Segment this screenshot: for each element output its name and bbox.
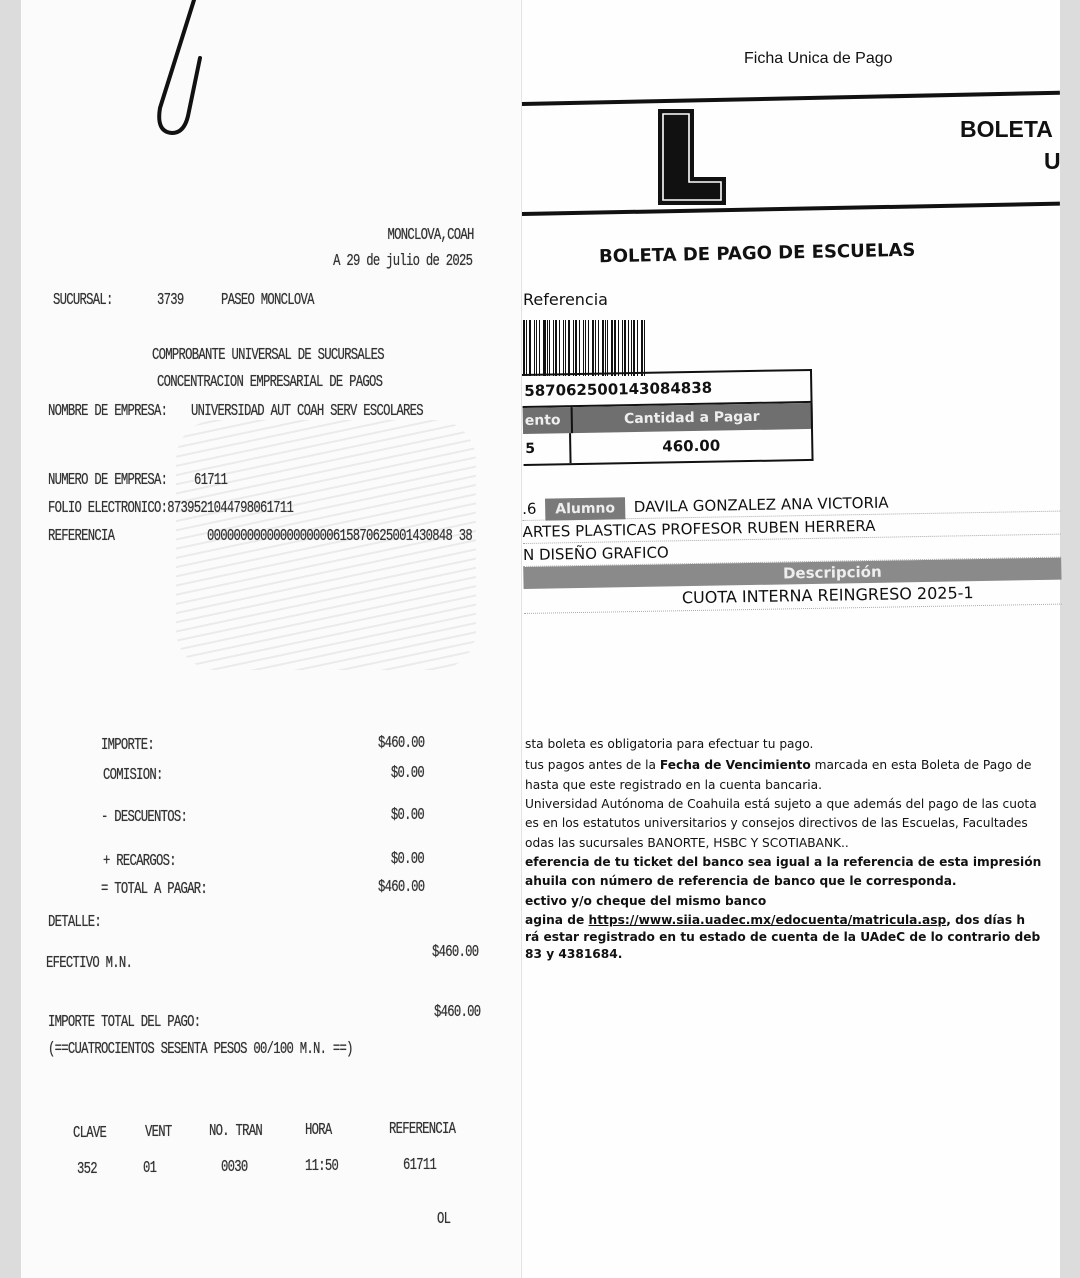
amount-label: COMISION: — [103, 766, 163, 785]
student-prefix: .6 — [522, 500, 537, 518]
amount-value: $460.00 — [378, 878, 424, 897]
cash-label: EFECTIVO M.N. — [46, 954, 132, 973]
due-date-emphasis: Fecha de Vencimiento — [660, 758, 811, 772]
reference-value: 0000000000000000000615870625001430848 38 — [207, 527, 472, 546]
paperclip-icon — [146, 0, 206, 140]
bank-receipt: MONCLOVA,COAH A 29 de julio de 2025 SUCU… — [21, 0, 520, 1278]
payment-instructions: sta boleta es obligatoria para efectuar … — [525, 734, 1065, 963]
company-number: 61711 — [194, 471, 227, 490]
ficha-title: Ficha Unica de Pago — [744, 50, 893, 68]
student-tag: Alumno — [545, 497, 625, 520]
student-info: .6 Alumno DAVILA GONZALEZ ANA VICTORIA A… — [522, 489, 1062, 614]
receipt-city: MONCLOVA,COAH — [388, 226, 474, 245]
branch-name: PASEO MONCLOVA — [221, 291, 314, 310]
receipt-heading-1: COMPROBANTE UNIVERSAL DE SUCURSALES — [152, 346, 384, 365]
footer-header: VENT — [145, 1123, 172, 1142]
account-status-link[interactable]: https://www.siia.uadec.mx/edocuenta/matr… — [589, 913, 947, 927]
note-4: Universidad Autónoma de Coahuila está su… — [525, 796, 1065, 813]
note-2: tus pagos antes de la Fecha de Vencimien… — [525, 755, 1065, 776]
note-10: agina de https://www.siia.uadec.mx/edocu… — [525, 912, 1065, 929]
amount-in-words: (==CUATROCIENTOS SESENTA PESOS 00/100 M.… — [48, 1040, 353, 1059]
university-logo-icon — [656, 107, 728, 207]
header-rule-top — [522, 91, 1060, 106]
due-date-value: 5 — [523, 433, 572, 464]
barcode — [523, 320, 647, 376]
footer-value: 352 — [77, 1160, 97, 1179]
footer-header: HORA — [305, 1121, 332, 1140]
note-10-text-end: , dos días h — [946, 913, 1025, 927]
footer-header: CLAVE — [73, 1124, 106, 1143]
note-8: ahuila con número de referencia de banco… — [525, 871, 1065, 892]
amount-value: $0.00 — [391, 850, 424, 869]
amount-value: $0.00 — [391, 764, 424, 783]
note-5: es en los estatutos universitarios y con… — [525, 813, 1065, 834]
main-title: BOLETA DE PAGO DE ESCUELAS — [599, 240, 916, 268]
footer-value: 61711 — [403, 1156, 436, 1175]
amount-label: = TOTAL A PAGAR: — [101, 880, 207, 899]
reference-table: 587062500143084838 ento Cantidad a Pagar… — [522, 369, 814, 466]
note-1: sta boleta es obligatoria para efectuar … — [525, 734, 1065, 755]
reference-number: 587062500143084838 — [522, 369, 813, 408]
branch-number: 3739 — [157, 291, 184, 310]
branch-label: SUCURSAL: — [53, 291, 113, 310]
university-payment-slip: Ficha Unica de Pago BOLETA U BOLETA DE P… — [521, 0, 1060, 1278]
company-number-label: NUMERO DE EMPRESA: — [48, 471, 167, 490]
footer-value: 01 — [143, 1159, 156, 1178]
electronic-folio: FOLIO ELECTRONICO:8739521044798061711 — [48, 499, 293, 518]
receipt-heading-2: CONCENTRACION EMPRESARIAL DE PAGOS — [157, 373, 382, 392]
amount-value: 460.00 — [571, 429, 811, 463]
footer-value: 11:50 — [305, 1157, 338, 1176]
detail-label: DETALLE: — [48, 913, 101, 932]
note-10-text: agina de — [525, 913, 589, 927]
note-12: 83 y 4381684. — [525, 946, 1065, 963]
note-2-text-end: marcada en esta Boleta de Pago de — [811, 758, 1032, 772]
amount-value: $0.00 — [391, 806, 424, 825]
note-9: ectivo y/o cheque del mismo banco — [525, 891, 1065, 912]
amount-label: IMPORTE: — [101, 736, 154, 755]
header-title: BOLETA — [960, 116, 1053, 143]
note-6: odas las sucursales BANORTE, HSBC Y SCOT… — [525, 833, 1065, 854]
reference-label: Referencia — [523, 290, 608, 309]
receipt-date: A 29 de julio de 2025 — [333, 252, 472, 271]
amount-value: $460.00 — [378, 734, 424, 753]
header-subtitle: U — [1044, 148, 1061, 175]
note-3: hasta que este registrado en la cuenta b… — [525, 775, 1065, 796]
company-name: UNIVERSIDAD AUT COAH SERV ESCOLARES — [191, 402, 423, 421]
total-payment-label: IMPORTE TOTAL DEL PAGO: — [48, 1013, 200, 1032]
reference-label: REFERENCIA — [48, 527, 114, 546]
amount-label: + RECARGOS: — [103, 852, 176, 871]
amount-label: - DESCUENTOS: — [101, 808, 187, 827]
footer-header: REFERENCIA — [389, 1120, 455, 1139]
note-7: eferencia de tu ticket del banco sea igu… — [525, 854, 1065, 871]
footer-value: 0030 — [221, 1158, 248, 1177]
student-name: DAVILA GONZALEZ ANA VICTORIA — [634, 494, 889, 516]
col-due-date-header: ento — [523, 407, 573, 434]
total-payment-value: $460.00 — [434, 1003, 480, 1022]
note-2-text: tus pagos antes de la — [525, 758, 660, 772]
cash-value: $460.00 — [432, 943, 478, 962]
footer-header: NO. TRAN — [209, 1122, 262, 1141]
footer-code: OL — [437, 1210, 450, 1229]
note-11: rá estar registrado en tu estado de cuen… — [525, 929, 1065, 946]
header-rule-bottom — [522, 202, 1060, 216]
company-name-label: NOMBRE DE EMPRESA: — [48, 402, 167, 421]
